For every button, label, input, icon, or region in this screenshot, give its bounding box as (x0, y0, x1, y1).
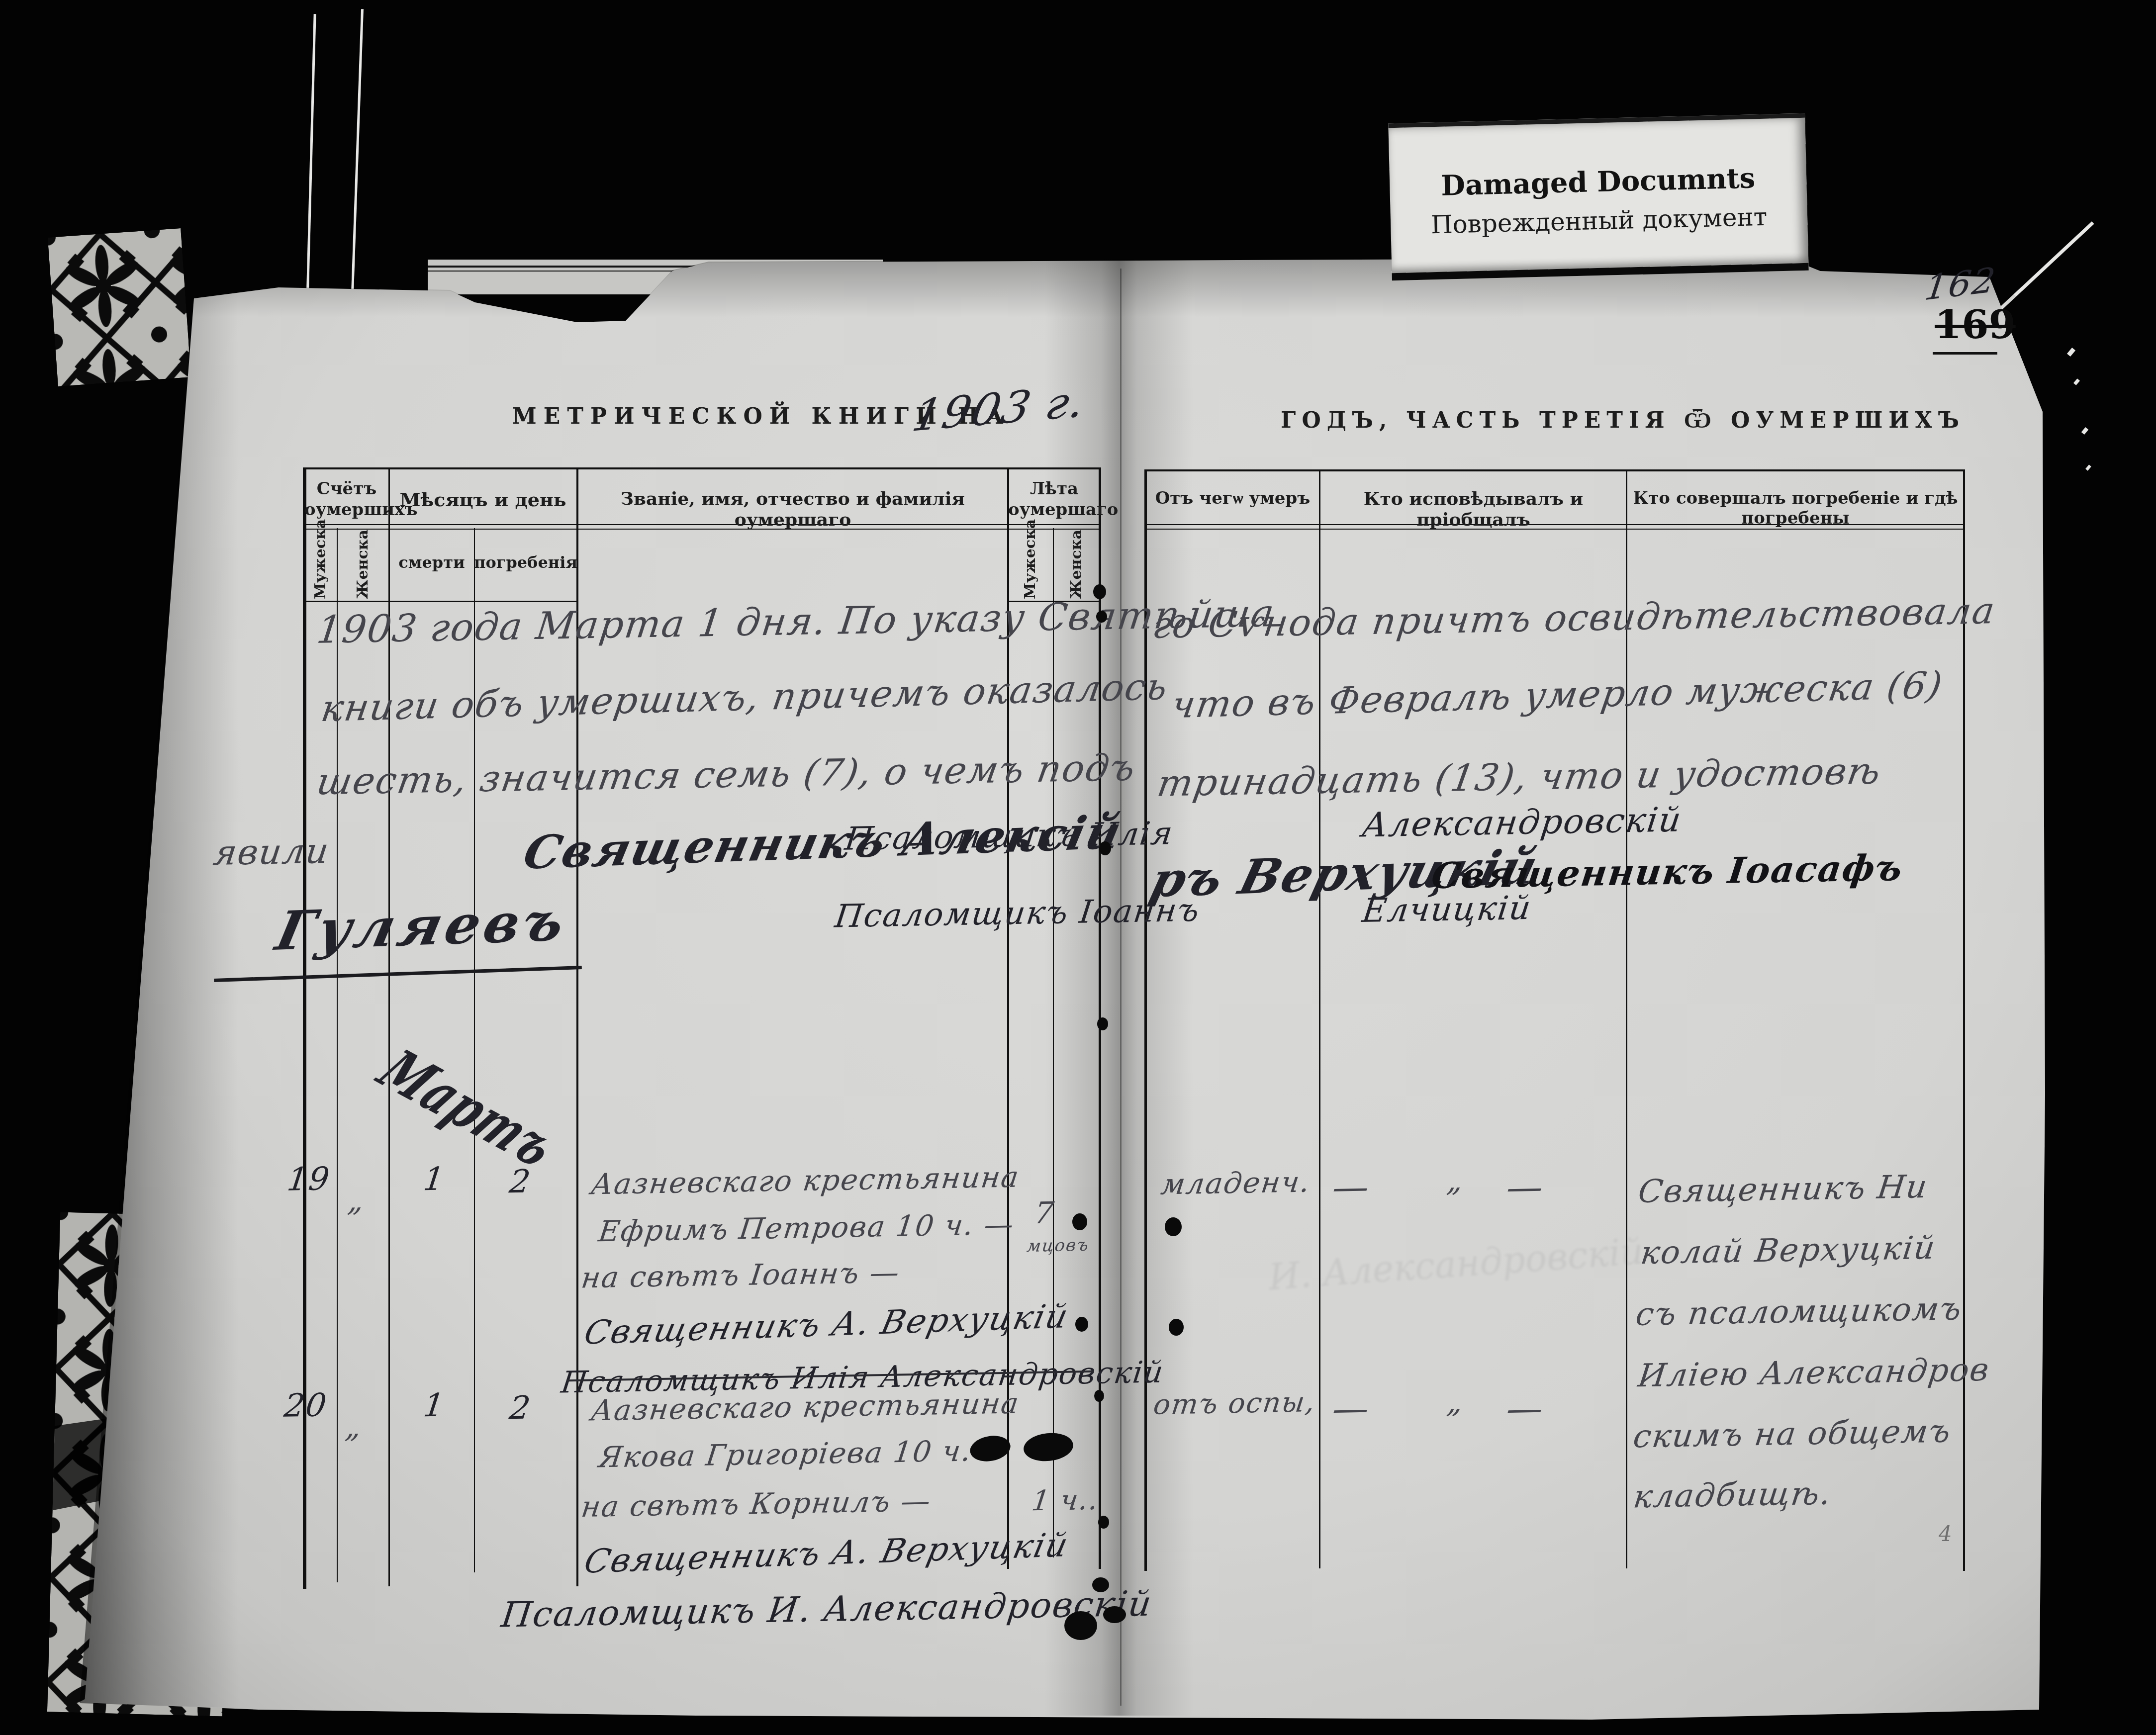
ink-blot (1072, 1213, 1087, 1230)
ink-blot (1097, 1017, 1108, 1030)
column-header-count-female: Женска (353, 530, 373, 599)
confessor-dash: — (1504, 1166, 1547, 1208)
certification-line: явили (211, 830, 332, 873)
psalmist-signature: Псаломщикъ Илія (843, 815, 1176, 857)
column-header-burial: погребенія (474, 553, 577, 572)
scratch-dot (2067, 348, 2075, 357)
column-header-cause: Отъ чегѡ умеръ (1145, 488, 1320, 508)
ink-blot (1169, 1319, 1184, 1336)
ink-blot (1064, 1611, 1097, 1640)
column-header-burial-officiant: Кто совершалъ погребеніе и гдѣ погребены (1627, 488, 1964, 528)
burial-day: 2 (507, 1164, 533, 1201)
column-header-confessor: Кто исповѣдывалъ и пріобщалъ (1320, 488, 1627, 530)
table-rule (1144, 469, 1965, 471)
column-header-age-male: Мужеска (1021, 530, 1040, 599)
damaged-document-label: Damaged Documnts Поврежденный документ (1388, 113, 1808, 280)
burial-officiant-line: кладбищѣ. (1631, 1475, 1834, 1516)
right-page-title: ГОДЪ, ЧАСТЬ ТРЕТІЯ Ѿ ОУМЕРШИХЪ (1281, 408, 1965, 433)
burial-officiant-line: Иліею Александров (1636, 1352, 1992, 1394)
table-rule (1963, 469, 1965, 1571)
ink-blot (1093, 584, 1106, 599)
burial-officiant-line: скимъ на общемъ (1631, 1413, 1954, 1455)
page-number-crossed-out: 169 (1935, 302, 2016, 348)
entry-line: на свѣтъ Корнилъ — (579, 1484, 933, 1524)
ink-blot (1094, 1390, 1104, 1402)
confessor-dash: — (1330, 1387, 1373, 1429)
ink-blot (1075, 1317, 1088, 1332)
age-value: 1 ч.. (1030, 1484, 1101, 1517)
scratch-dot (2073, 378, 2080, 385)
corner-mark: 4 (1939, 1522, 1952, 1546)
label-title-russian: Поврежденный документ (1391, 201, 1808, 240)
table-rule (303, 601, 577, 602)
column-header-age-female: Женска (1067, 530, 1087, 599)
table-rule (337, 528, 338, 1582)
ink-blot (1099, 841, 1111, 855)
ink-blot (1103, 1606, 1126, 1623)
column-header-count: Счётъ оумершихъ (304, 478, 389, 520)
column-header-age: Лѣта оумершаго (1008, 478, 1100, 520)
ink-blot (1098, 1516, 1109, 1529)
scratch-dot (2081, 427, 2088, 435)
gutter-fold-line (1120, 269, 1122, 1706)
psalmist-signature: Псаломщикъ Іоаннъ (833, 892, 1202, 935)
burial-officiant-line: съ псаломщикомъ (1634, 1290, 1965, 1333)
cause-of-death: отъ оспы, (1152, 1386, 1317, 1421)
column-header-person: Званіе, имя, отчество и фамилія оумершаг… (577, 488, 1008, 530)
psalmist-signature-continued: Александровскій (1360, 800, 1684, 845)
entry-line: Якова Григоріева 10 ч. (597, 1434, 974, 1474)
scratch-dot (2085, 464, 2091, 470)
left-margin-shadow (75, 271, 239, 1708)
column-header-count-male: Мужеска (311, 530, 331, 599)
document-scan: Damaged Documnts Поврежденный документ 1… (0, 0, 2156, 1735)
table-rule (303, 467, 1101, 469)
cause-of-death: младенч. (1159, 1165, 1312, 1201)
label-title-english: Damaged Documnts (1390, 161, 1807, 203)
ink-blot (1096, 611, 1107, 623)
age-unit: мцовъ (1026, 1235, 1090, 1256)
confessor-dash: — (1504, 1387, 1547, 1429)
column-header-death: смерти (389, 553, 474, 572)
burial-day: 2 (507, 1390, 533, 1427)
confessor-dash: — (1330, 1166, 1369, 1208)
page-number-underline (1933, 352, 1997, 355)
burial-officiant-line: колай Верхуцкій (1639, 1230, 1938, 1272)
binding-cloth-top-left (48, 228, 191, 386)
burial-officiant-line: Священникъ Ни (1636, 1169, 1930, 1210)
column-header-month-day: Мѣсяцъ и день (388, 488, 577, 511)
ink-blot (1092, 1577, 1109, 1592)
priest-surname-signature: Гуляевъ (271, 890, 574, 963)
entry-line: на свѣтъ Іоаннъ — (579, 1255, 902, 1294)
psalmist-signature-continued: Елчицкій (1360, 889, 1534, 930)
row-number: 20 (282, 1387, 329, 1424)
ink-blot (1165, 1217, 1182, 1236)
row-number: 19 (285, 1161, 332, 1198)
